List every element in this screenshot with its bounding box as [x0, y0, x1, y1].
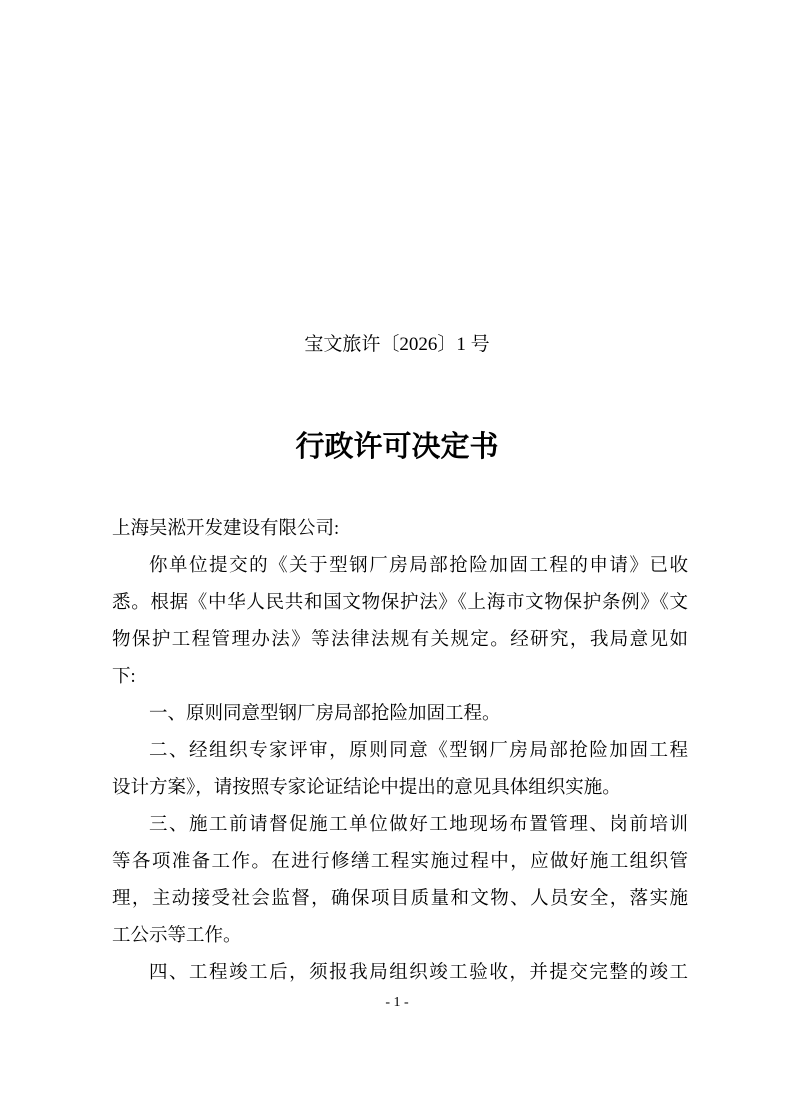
- body-line: 悉。根据《中华人民共和国文物保护法》《上海市文物保护条例》《文: [112, 585, 688, 622]
- body-line: 下:: [112, 659, 688, 696]
- body-line: 理，主动接受社会监督，确保项目质量和文物、人员安全，落实施: [112, 881, 688, 918]
- body-line: 上海吴淞开发建设有限公司:: [112, 511, 688, 548]
- body-line: 二、经组织专家评审，原则同意《型钢厂房局部抢险加固工程: [112, 733, 688, 770]
- document-body: 上海吴淞开发建设有限公司:你单位提交的《关于型钢厂房局部抢险加固工程的申请》已收…: [112, 511, 688, 992]
- body-line: 你单位提交的《关于型钢厂房局部抢险加固工程的申请》已收: [112, 548, 688, 585]
- body-line: 等各项准备工作。在进行修缮工程实施过程中，应做好施工组织管: [112, 844, 688, 881]
- body-line: 工公示等工作。: [112, 918, 688, 955]
- document-title: 行政许可决定书: [0, 428, 794, 466]
- body-line: 三、施工前请督促施工单位做好工地现场布置管理、岗前培训: [112, 807, 688, 844]
- document-page: 宝文旅许〔2026〕1 号 行政许可决定书 上海吴淞开发建设有限公司:你单位提交…: [0, 0, 794, 1093]
- body-line: 设计方案》，请按照专家论证结论中提出的意见具体组织实施。: [112, 770, 688, 807]
- body-line: 一、原则同意型钢厂房局部抢险加固工程。: [112, 696, 688, 733]
- page-number: - 1 -: [0, 994, 794, 1012]
- doc-number: 宝文旅许〔2026〕1 号: [0, 333, 794, 357]
- body-line: 物保护工程管理办法》等法律法规有关规定。经研究，我局意见如: [112, 622, 688, 659]
- body-line: 四、工程竣工后，须报我局组织竣工验收，并提交完整的竣工: [112, 955, 688, 992]
